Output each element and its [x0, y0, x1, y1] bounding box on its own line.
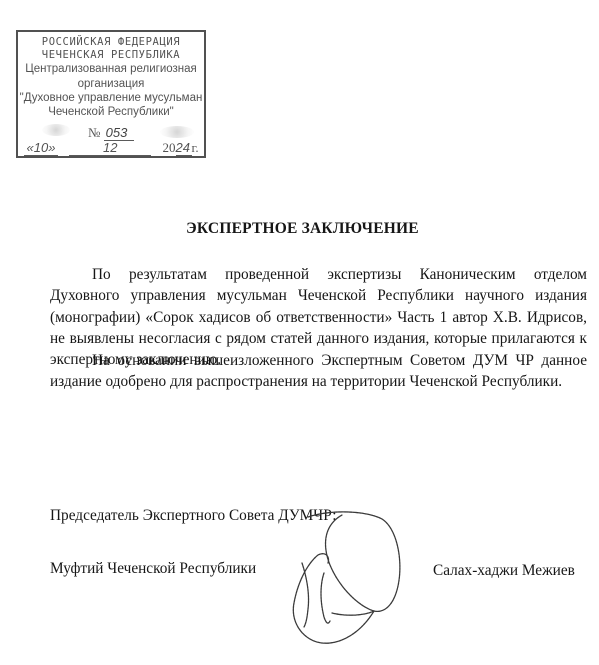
stamp-org-name: "Духовное управление мусульман: [18, 93, 204, 105]
stamp-org-type: Централизованная религиозная: [18, 64, 204, 76]
document-title: ЭКСПЕРТНОЕ ЗАКЛЮЧЕНИЕ: [6, 220, 599, 238]
signatory-name: Салах-хаджи Межиев: [433, 562, 575, 580]
registration-stamp: РОССИЙСКАЯ ФЕДЕРАЦИЯ ЧЕЧЕНСКАЯ РЕСПУБЛИК…: [16, 30, 206, 158]
stamp-date-year: 2024г.: [163, 140, 199, 156]
stamp-org-type-cont: организация: [18, 79, 204, 91]
stamp-country: РОССИЙСКАЯ ФЕДЕРАЦИЯ: [18, 37, 204, 48]
stamp-date: «10» 12 2024г.: [24, 140, 198, 156]
paragraph-approval: На основании вышеизложенного Экспертным …: [50, 350, 587, 393]
quote-open: «: [27, 140, 34, 155]
stamp-smudge-left: [42, 124, 70, 136]
stamp-number-label: №: [88, 125, 100, 140]
year-unit: г.: [192, 140, 199, 155]
quote-close: »: [48, 140, 55, 155]
handwritten-signature-icon: [282, 505, 432, 665]
stamp-republic: ЧЕЧЕНСКАЯ РЕСПУБЛИКА: [18, 50, 204, 61]
mufti-title: Муфтий Чеченской Республики: [50, 560, 256, 578]
day-value: 10: [34, 140, 48, 155]
stamp-smudge-right: [160, 126, 194, 138]
year-suffix: 24: [176, 140, 192, 156]
paragraph-2-text: На основании вышеизложенного Экспертным …: [50, 350, 587, 393]
stamp-number: № 053: [88, 125, 134, 141]
stamp-date-day: «10»: [24, 140, 58, 156]
stamp-number-value: 053: [104, 125, 134, 141]
stamp-date-month: 12: [69, 140, 151, 156]
year-prefix: 20: [163, 140, 176, 155]
stamp-org-name-cont: Чеченской Республики": [18, 107, 204, 119]
